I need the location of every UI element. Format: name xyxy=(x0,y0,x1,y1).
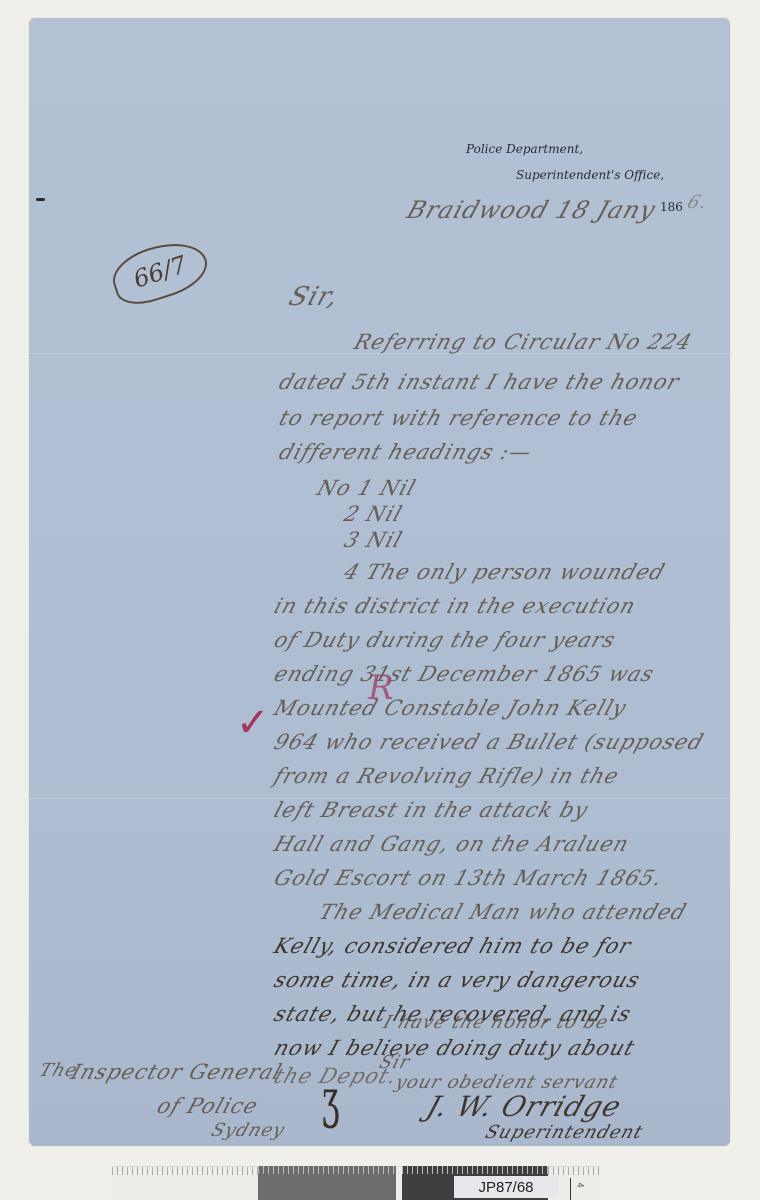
body-line: to report with reference to the xyxy=(276,406,641,430)
red-initial-mark: R xyxy=(368,668,394,708)
letterhead-department: Police Department, xyxy=(466,142,583,156)
ink-mark xyxy=(36,198,45,201)
body-line: Kelly, considered him to be for xyxy=(271,934,635,958)
body-line: Hall and Gang, on the Araluen xyxy=(271,832,632,856)
body-line: The Medical Man who attended xyxy=(316,900,690,924)
place-date: Braidwood 18 Jany xyxy=(403,196,659,224)
letterhead-year: 186 xyxy=(660,200,683,214)
salutation: Sir, xyxy=(285,282,343,312)
signature: J. W. Orridge xyxy=(423,1090,626,1123)
ruler-divider xyxy=(570,1178,571,1200)
body-line: 4 The only person wounded xyxy=(341,560,668,584)
body-line: Gold Escort on 13th March 1865. xyxy=(271,866,666,890)
list-item-3: 3 Nil xyxy=(341,528,406,552)
body-line: Mounted Constable John Kelly xyxy=(271,696,630,720)
body-line: 964 who received a Bullet (supposed xyxy=(271,730,707,754)
list-item-2: 2 Nil xyxy=(341,502,406,526)
body-line: Referring to Circular No 224 xyxy=(351,330,695,354)
ruler-segment-mid xyxy=(258,1166,396,1200)
body-line: dated 5th instant I have the honor xyxy=(276,370,683,394)
closing-line: I have the honor to be xyxy=(381,1012,612,1033)
body-line: some time, in a very dangerous xyxy=(271,968,643,992)
ruler-end-mark: 4 xyxy=(576,1182,586,1187)
signature-title: Superintendent xyxy=(483,1122,646,1143)
body-line: now I believe doing duty about xyxy=(271,1036,638,1060)
brace-mark: ʒ xyxy=(322,1070,340,1130)
body-line: left Breast in the attack by xyxy=(271,798,592,822)
red-check-mark: ✓ xyxy=(236,700,270,746)
list-item-1: No 1 Nil xyxy=(314,476,419,500)
archive-reference-label: JP87/68 xyxy=(454,1176,558,1198)
body-line: from a Revolving Rifle) in the xyxy=(271,764,622,788)
letterhead-office: Superintendent's Office, xyxy=(516,168,664,182)
ruler-segment-light xyxy=(112,1166,258,1200)
addressee-line: of Police xyxy=(154,1094,261,1118)
body-line: in this district in the execution xyxy=(271,594,639,618)
body-line: of Duty during the four years xyxy=(271,628,619,652)
addressee-line: Sydney xyxy=(209,1120,288,1141)
body-line: different headings :— xyxy=(276,440,535,464)
body-line: ending 31st December 1865 was xyxy=(271,662,658,686)
addressee-line: Inspector General xyxy=(68,1060,285,1084)
